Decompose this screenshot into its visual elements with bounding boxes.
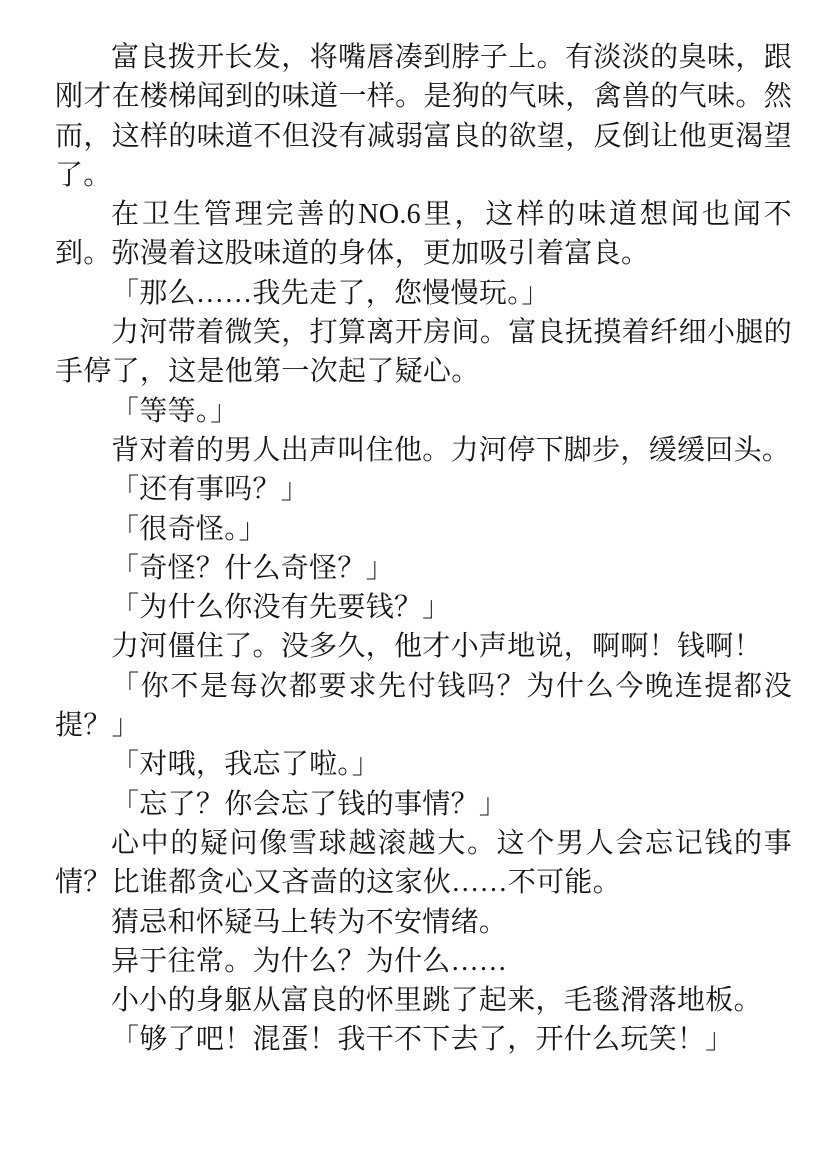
paragraph: 心中的疑问像雪球越滚越大。这个男人会忘记钱的事情？比谁都贪心又吝啬的这家伙……不…	[55, 824, 792, 903]
paragraph: 「那么……我先走了，您慢慢玩。」	[55, 274, 792, 313]
body-text: 富良拨开长发，将嘴唇凑到脖子上。有淡淡的臭味，跟刚才在楼梯闻到的味道一样。是狗的…	[55, 38, 792, 1060]
paragraph: 力河僵住了。没多久，他才小声地说，啊啊！钱啊！	[55, 627, 792, 666]
paragraph: 背对着的男人出声叫住他。力河停下脚步，缓缓回头。	[55, 431, 792, 470]
paragraph: 「还有事吗？」	[55, 470, 792, 509]
paragraph: 「对哦，我忘了啦。」	[55, 745, 792, 784]
paragraph: 小小的身躯从富良的怀里跳了起来，毛毯滑落地板。	[55, 981, 792, 1020]
paragraph: 富良拨开长发，将嘴唇凑到脖子上。有淡淡的臭味，跟刚才在楼梯闻到的味道一样。是狗的…	[55, 38, 792, 195]
paragraph: 「很奇怪。」	[55, 510, 792, 549]
paragraph: 猜忌和怀疑马上转为不安情绪。	[55, 903, 792, 942]
paragraph: 「等等。」	[55, 392, 792, 431]
paragraph: 「奇怪？什么奇怪？」	[55, 549, 792, 588]
paragraph: 「忘了？你会忘了钱的事情？」	[55, 785, 792, 824]
paragraph: 「够了吧！混蛋！我干不下去了，开什么玩笑！」	[55, 1020, 792, 1059]
paragraph: 在卫生管理完善的NO.6里，这样的味道想闻也闻不到。弥漫着这股味道的身体，更加吸…	[55, 195, 792, 274]
paragraph: 「为什么你没有先要钱？」	[55, 588, 792, 627]
paragraph: 异于往常。为什么？为什么……	[55, 942, 792, 981]
book-page: 富良拨开长发，将嘴唇凑到脖子上。有淡淡的臭味，跟刚才在楼梯闻到的味道一样。是狗的…	[0, 0, 826, 1169]
paragraph: 「你不是每次都要求先付钱吗？为什么今晚连提都没提？」	[55, 667, 792, 746]
paragraph: 力河带着微笑，打算离开房间。富良抚摸着纤细小腿的手停了，这是他第一次起了疑心。	[55, 313, 792, 392]
